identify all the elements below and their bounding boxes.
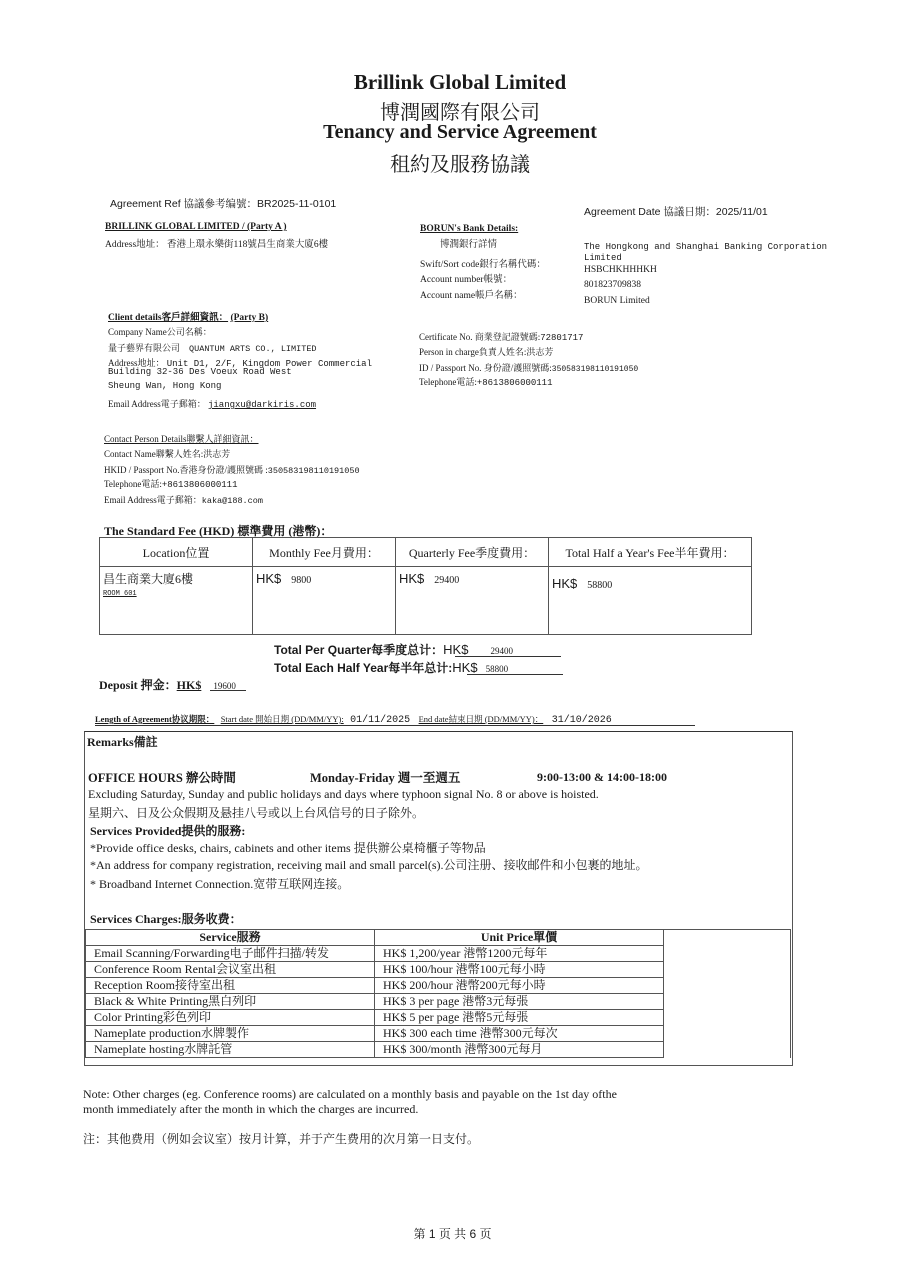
fee-col-location: Location位置 bbox=[100, 538, 253, 567]
contact-hkid: HKID / Passport No.香港身份證/護照號碼 :350583198… bbox=[104, 463, 360, 476]
charge-service: Black & White Printing黑白列印 bbox=[86, 994, 375, 1010]
fee-half-year: HK$58800 bbox=[549, 567, 752, 635]
contact-heading: Contact Person Details聯繫人詳細資訊： bbox=[104, 432, 259, 445]
contact-email: Email Address電子郵箱：kaka@188.com bbox=[104, 493, 263, 506]
service-charges-header: Service服務 Unit Price單價 bbox=[86, 930, 791, 946]
currency-label: HK$ bbox=[552, 576, 577, 591]
client-address-line2: Building 32-36 Des Voeux Road West bbox=[108, 367, 292, 377]
contact-email-label: Email Address電子郵箱： bbox=[104, 495, 202, 505]
page-indicator: 第 1 页 共 6 页 bbox=[0, 1225, 900, 1242]
charge-price: HK$ 3 per page 港幣3元每張 bbox=[375, 994, 664, 1010]
charge-price: HK$ 5 per page 港幣5元每張 bbox=[375, 1010, 664, 1026]
total-per-quarter-label: Total Per Quarter每季度总计： bbox=[274, 643, 443, 657]
fee-monthly: HK$9800 bbox=[253, 567, 396, 635]
company-name-en: Brillink Global Limited bbox=[0, 70, 900, 95]
telephone-label: Telephone電話: bbox=[419, 377, 477, 387]
swift-label: Swift/Sort code銀行名稱代碼： bbox=[420, 256, 546, 270]
start-date-label: Start date 開始日期 (DD/MM/YY): bbox=[221, 714, 344, 724]
document-title-en: Tenancy and Service Agreement bbox=[0, 121, 900, 144]
deposit-currency: HK$ bbox=[177, 678, 202, 692]
company-name-label: Company Name公司名稱： bbox=[108, 325, 212, 338]
fee-half-year-value: 58800 bbox=[587, 580, 612, 591]
charge-price: HK$ 300/month 港幣300元每月 bbox=[375, 1042, 664, 1058]
charge-service: Nameplate hosting水牌託管 bbox=[86, 1042, 375, 1058]
company-name-en: QUANTUM ARTS CO., LIMITED bbox=[189, 344, 317, 354]
fee-quarterly: HK$29400 bbox=[396, 567, 549, 635]
company-name: 量子藝界有限公司 QUANTUM ARTS CO., LIMITED bbox=[108, 341, 317, 354]
agreement-ref-label: Agreement Ref 協議參考编號： bbox=[110, 198, 257, 210]
charges-col-service: Service服務 bbox=[86, 930, 375, 946]
fee-col-half-year: Total Half a Year's Fee半年費用： bbox=[549, 538, 752, 567]
bank-name-line1: The Hongkong and Shanghai Banking Corpor… bbox=[584, 242, 827, 252]
certificate-value: 72801717 bbox=[540, 333, 583, 343]
account-name-value: BORUN Limited bbox=[584, 296, 650, 306]
total-per-quarter-value: 29400 bbox=[490, 646, 513, 656]
charge-service: Email Scanning/Forwarding电子邮件扫描/转发 bbox=[86, 946, 375, 962]
person-in-charge: Person in charge負責人姓名:洪志芳 bbox=[419, 345, 553, 358]
service-item: *Provide office desks, chairs, cabinets … bbox=[90, 839, 486, 856]
telephone: Telephone電話:+8613806000111 bbox=[419, 375, 552, 388]
certificate-label: Certificate No. 商業登記證號碼: bbox=[419, 332, 540, 342]
id-passport-value: 350583198110191050 bbox=[552, 365, 638, 374]
note-zh: 注：其他费用（例如会议室）按月计算，并于产生费用的次月第一日支付。 bbox=[83, 1130, 479, 1147]
office-hours-label: OFFICE HOURS 辦公時間 bbox=[88, 768, 236, 786]
contact-name-value: 洪志芳 bbox=[203, 449, 230, 459]
total-half-year-value: 58800 bbox=[486, 664, 509, 674]
company-name-zh: 量子藝界有限公司 bbox=[108, 343, 180, 353]
account-name-label: Account name帳戶名稱： bbox=[420, 287, 523, 301]
client-email-value[interactable]: jiangxu@darkiris.com bbox=[208, 400, 316, 410]
client-address-line3: Sheung Wan, Hong Kong bbox=[108, 381, 221, 391]
contact-email-value: kaka@188.com bbox=[202, 496, 263, 506]
party-b-heading-label: Client details客戶詳細資訊： bbox=[108, 313, 228, 323]
id-passport-label: ID / Passport No. 身份證/護照號碼: bbox=[419, 363, 552, 373]
party-a-address-value: 香港上環永樂街118號昌生商業大廈6樓 bbox=[167, 240, 328, 250]
person-in-charge-value: 洪志芳 bbox=[526, 347, 553, 357]
fee-location-building: 昌生商業大廈6樓 bbox=[103, 570, 249, 587]
end-date-label: End date結束日期 (DD/MM/YY)： bbox=[419, 714, 544, 724]
agreement-date-value: 2025/11/01 bbox=[716, 206, 768, 218]
charge-service: Conference Room Rental会议室出租 bbox=[86, 962, 375, 978]
service-item: * Broadband Internet Connection.宽带互联网连接。 bbox=[90, 875, 349, 892]
excluding-en: Excluding Saturday, Sunday and public ho… bbox=[88, 787, 599, 802]
charge-service: Reception Room接待室出租 bbox=[86, 978, 375, 994]
currency-label: HK$ bbox=[256, 571, 281, 586]
account-number-label: Account number帳號： bbox=[420, 271, 512, 285]
fee-table-row: 昌生商業大廈6樓 ROOM 601 HK$9800 HK$29400 HK$58… bbox=[100, 567, 752, 635]
agreement-length-label: Length of Agreement协议期限： bbox=[95, 714, 214, 724]
contact-telephone: Telephone電話:+8613806000111 bbox=[104, 477, 237, 490]
total-per-quarter-currency: HK$ bbox=[443, 642, 468, 657]
party-b-heading: Client details客戶詳細資訊： (Party B) bbox=[108, 309, 268, 323]
agreement-ref-value: BR2025-11-0101 bbox=[257, 198, 336, 210]
party-a-address-label: Address地址： bbox=[105, 240, 165, 250]
document-title-zh: 租約及服務協議 bbox=[0, 148, 900, 177]
fee-col-quarterly: Quarterly Fee季度費用： bbox=[396, 538, 549, 567]
office-times: 9:00-13:00 & 14:00-18:00 bbox=[537, 770, 667, 785]
client-email: Email Address電子郵箱： jiangxu@darkiris.com bbox=[108, 397, 316, 410]
currency-label: HK$ bbox=[399, 571, 424, 586]
fee-table-header: Location位置 Monthly Fee月費用： Quarterly Fee… bbox=[100, 538, 752, 567]
contact-telephone-label: Telephone電話: bbox=[104, 479, 162, 489]
charge-service: Nameplate production水牌製作 bbox=[86, 1026, 375, 1042]
charge-price: HK$ 200/hour 港幣200元每小時 bbox=[375, 978, 664, 994]
fee-location-room: ROOM 601 bbox=[103, 590, 249, 598]
excluding-zh: 星期六、日及公众假期及悬挂八号或以上台风信号的日子除外。 bbox=[88, 804, 424, 821]
certificate-no: Certificate No. 商業登記證號碼:72801717 bbox=[419, 330, 583, 343]
charge-service: Color Printing彩色列印 bbox=[86, 1010, 375, 1026]
agreement-date: Agreement Date 協議日期：2025/11/01 bbox=[584, 204, 768, 219]
party-a-heading: BRILLINK GLOBAL LIMITED / (Party A ) bbox=[105, 222, 287, 232]
client-email-label: Email Address電子郵箱： bbox=[108, 399, 206, 409]
charges-col-price: Unit Price單價 bbox=[375, 930, 664, 946]
note-en-line2: month immediately after the month in whi… bbox=[83, 1102, 418, 1117]
person-in-charge-label: Person in charge負責人姓名: bbox=[419, 347, 526, 357]
fee-quarterly-value: 29400 bbox=[434, 575, 459, 586]
charges-blank-column bbox=[664, 930, 791, 1058]
charges-heading: Services Charges:服务收费： bbox=[90, 910, 242, 927]
contact-hkid-value: 350583198110191050 bbox=[268, 466, 360, 476]
fee-monthly-value: 9800 bbox=[291, 575, 311, 586]
fee-location: 昌生商業大廈6樓 ROOM 601 bbox=[100, 567, 253, 635]
charge-price: HK$ 100/hour 港幣100元每小時 bbox=[375, 962, 664, 978]
contact-name: Contact Name聯繫人姓名:洪志芳 bbox=[104, 447, 230, 460]
account-number-value: 801823709838 bbox=[584, 280, 641, 290]
agreement-date-label: Agreement Date 協議日期： bbox=[584, 206, 716, 218]
contact-name-label: Contact Name聯繫人姓名: bbox=[104, 449, 203, 459]
note-en-line1: Note: Other charges (eg. Conference room… bbox=[83, 1087, 617, 1102]
contact-hkid-label: HKID / Passport No.香港身份證/護照號碼 : bbox=[104, 465, 268, 475]
telephone-value: +8613806000111 bbox=[477, 378, 553, 388]
charge-price: HK$ 300 each time 港幣300元每次 bbox=[375, 1026, 664, 1042]
bank-heading: BORUN's Bank Details: bbox=[420, 224, 518, 234]
remarks-heading: Remarks備註 bbox=[87, 733, 158, 750]
total-half-year-currency: HK$ bbox=[452, 660, 477, 675]
swift-value: HSBCHKHHHKH bbox=[584, 265, 657, 275]
service-item: *An address for company registration, re… bbox=[90, 856, 648, 873]
agreement-ref: Agreement Ref 協議參考编號：BR2025-11-0101 bbox=[110, 196, 336, 211]
party-b-heading-party: (Party B) bbox=[230, 313, 268, 323]
party-a-address: Address地址： 香港上環永樂街118號昌生商業大廈6樓 bbox=[105, 236, 328, 250]
contact-telephone-value: +8613806000111 bbox=[162, 480, 238, 490]
deposit-label: Deposit 押金： bbox=[99, 678, 177, 692]
charge-price: HK$ 1,200/year 港幣1200元每年 bbox=[375, 946, 664, 962]
services-heading: Services Provided提供的服務: bbox=[90, 822, 245, 839]
total-half-year-label: Total Each Half Year每半年总计: bbox=[274, 661, 452, 675]
id-passport: ID / Passport No. 身份證/護照號碼:3505831981101… bbox=[419, 361, 638, 374]
fee-col-monthly: Monthly Fee月費用： bbox=[253, 538, 396, 567]
office-days: Monday-Friday 週一至週五 bbox=[310, 768, 460, 786]
bank-name-line2: Limited bbox=[584, 253, 622, 263]
service-charges-table: Service服務 Unit Price單價 Email Scanning/Fo… bbox=[85, 929, 791, 1058]
bank-heading-zh: 博潤銀行詳情 bbox=[440, 236, 497, 250]
fee-table: Location位置 Monthly Fee月費用： Quarterly Fee… bbox=[99, 537, 752, 635]
